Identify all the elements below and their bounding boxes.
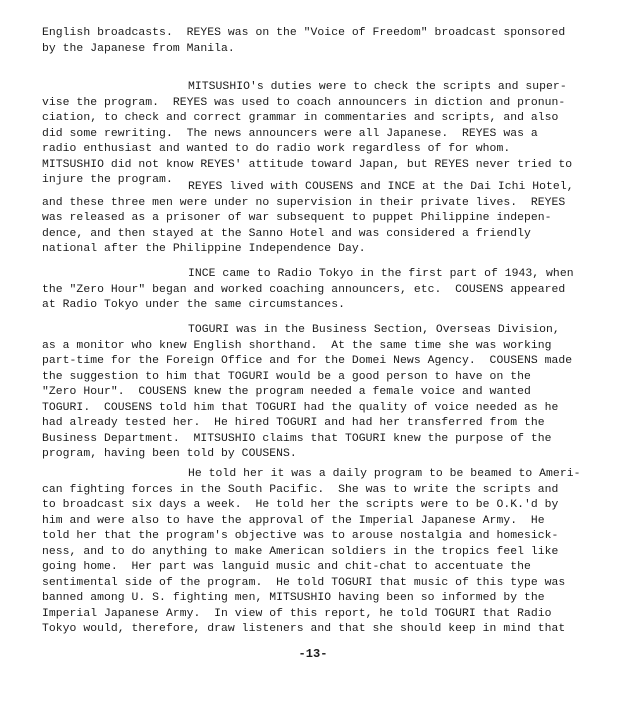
- text-line: ness, and to do anything to make America…: [42, 545, 612, 561]
- paragraph-4: INCE came to Radio Tokyo in the first pa…: [42, 267, 612, 314]
- text-line: TOGURI. COUSENS told him that TOGURI had…: [42, 401, 612, 417]
- paragraph-6: He told her it was a daily program to be…: [42, 467, 612, 638]
- page-number: -13-: [0, 647, 626, 661]
- text-line: told her that the program's objective wa…: [42, 529, 612, 545]
- text-line: "Zero Hour". COUSENS knew the program ne…: [42, 385, 612, 401]
- text-line: Tokyo would, therefore, draw listeners a…: [42, 622, 612, 638]
- text-line: radio enthusiast and wanted to do radio …: [42, 142, 612, 158]
- text-line: him and were also to have the approval o…: [42, 514, 612, 530]
- text-line: at Radio Tokyo under the same circumstan…: [42, 298, 612, 314]
- text-line: He told her it was a daily program to be…: [42, 467, 612, 483]
- text-line: by the Japanese from Manila.: [42, 42, 612, 58]
- text-line: had already tested her. He hired TOGURI …: [42, 416, 612, 432]
- paragraph-3: REYES lived with COUSENS and INCE at the…: [42, 180, 612, 258]
- text-line: part-time for the Foreign Office and for…: [42, 354, 612, 370]
- text-line: national after the Philippine Independen…: [42, 242, 612, 258]
- paragraph-5: TOGURI was in the Business Section, Over…: [42, 323, 612, 463]
- text-line: going home. Her part was languid music a…: [42, 560, 612, 576]
- text-line: and these three men were under no superv…: [42, 196, 612, 212]
- text-line: ciation, to check and correct grammar in…: [42, 111, 612, 127]
- text-line: vise the program. REYES was used to coac…: [42, 96, 612, 112]
- text-line: Business Department. MITSUSHIO claims th…: [42, 432, 612, 448]
- text-line: English broadcasts. REYES was on the "Vo…: [42, 26, 612, 42]
- text-line: dence, and then stayed at the Sanno Hote…: [42, 227, 612, 243]
- text-line: REYES lived with COUSENS and INCE at the…: [42, 180, 612, 196]
- text-line: the "Zero Hour" began and worked coachin…: [42, 283, 612, 299]
- text-line: was released as a prisoner of war subseq…: [42, 211, 612, 227]
- text-line: banned among U. S. fighting men, MITSUSH…: [42, 591, 612, 607]
- text-line: TOGURI was in the Business Section, Over…: [42, 323, 612, 339]
- document-page: English broadcasts. REYES was on the "Vo…: [0, 0, 626, 712]
- text-line: MITSUSHIO did not know REYES' attitude t…: [42, 158, 612, 174]
- text-line: can fighting forces in the South Pacific…: [42, 483, 612, 499]
- text-line: to broadcast six days a week. He told he…: [42, 498, 612, 514]
- text-line: as a monitor who knew English shorthand.…: [42, 339, 612, 355]
- paragraph-2: MITSUSHIO's duties were to check the scr…: [42, 80, 612, 189]
- text-line: the suggestion to him that TOGURI would …: [42, 370, 612, 386]
- text-line: INCE came to Radio Tokyo in the first pa…: [42, 267, 612, 283]
- text-line: Imperial Japanese Army. In view of this …: [42, 607, 612, 623]
- text-line: MITSUSHIO's duties were to check the scr…: [42, 80, 612, 96]
- paragraph-1: English broadcasts. REYES was on the "Vo…: [42, 26, 612, 57]
- text-line: sentimental side of the program. He told…: [42, 576, 612, 592]
- text-line: program, having been told by COUSENS.: [42, 447, 612, 463]
- text-line: did some rewriting. The news announcers …: [42, 127, 612, 143]
